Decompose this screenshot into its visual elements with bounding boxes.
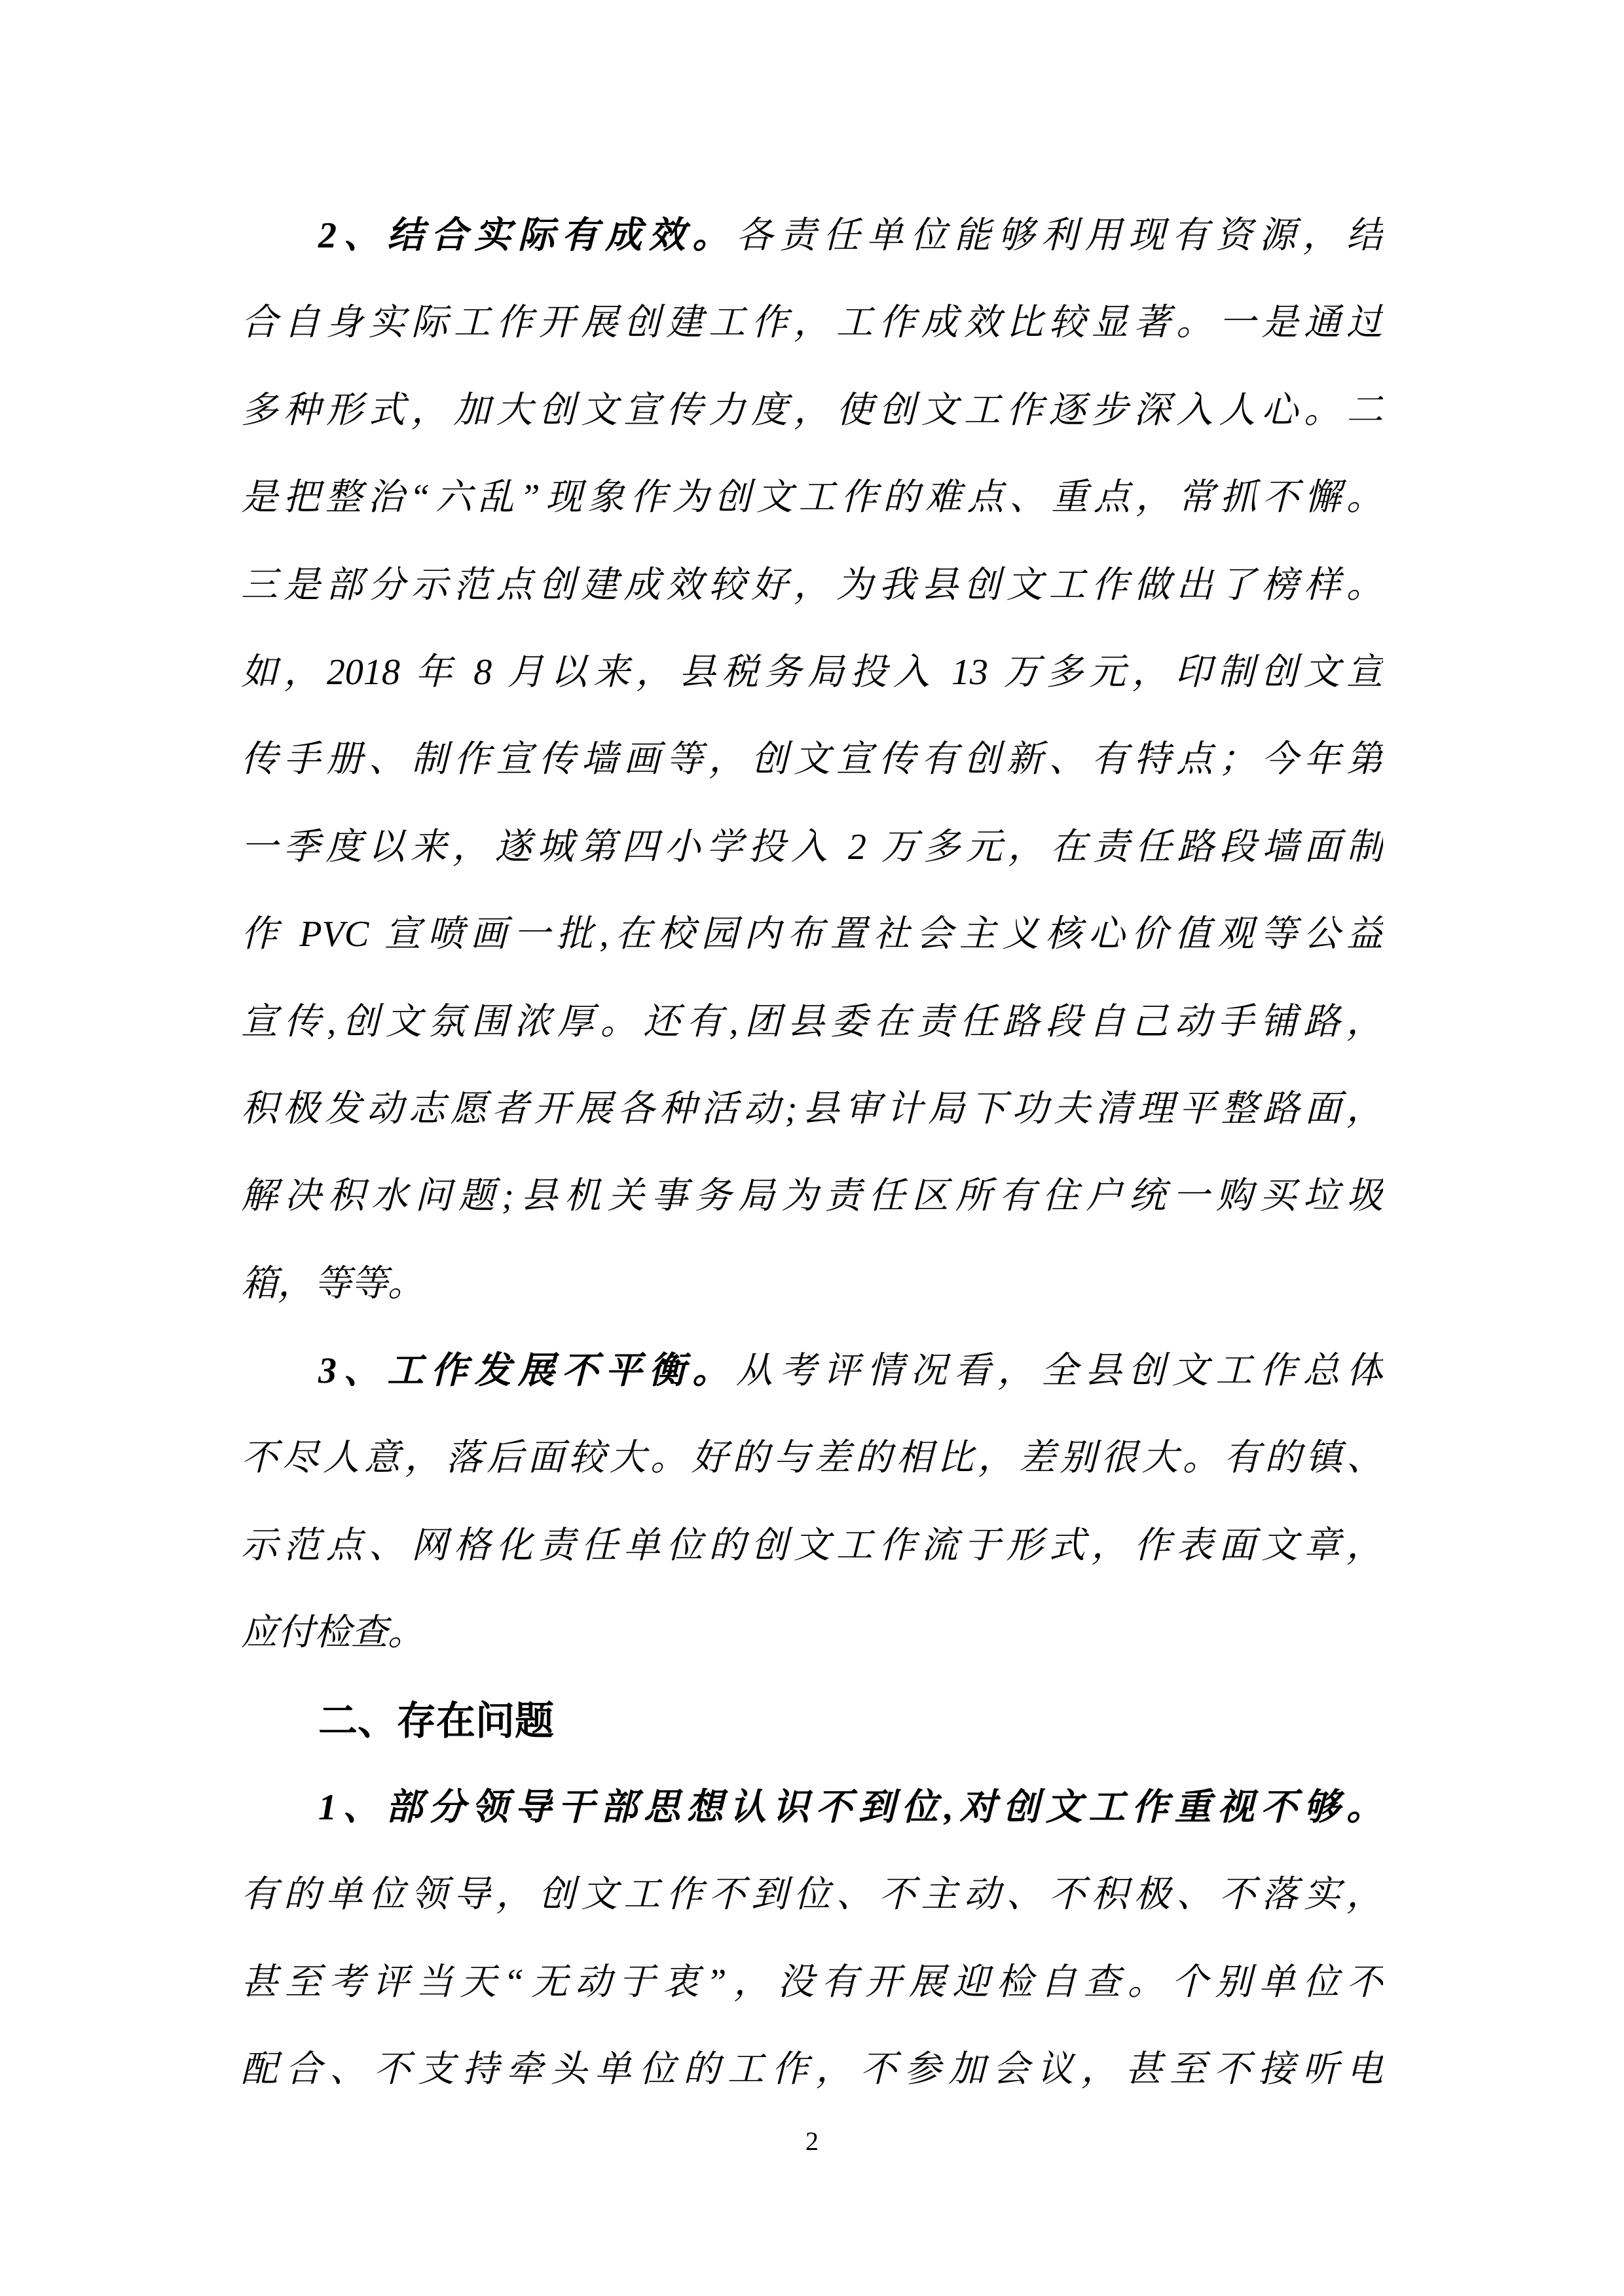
text-line: 应付检查。 (241, 1590, 1383, 1677)
text-segment: 解决积水问题;县机关事务局为责任区所有住户统一购买垃圾 (241, 1176, 1383, 1216)
text-segment: 配合、不支持牵头单位的工作，不参加会议，甚至不接听电 (241, 2049, 1383, 2090)
text-segment: 是把整治“六乱”现象作为创文工作的难点、重点，常抓不懈。 (241, 477, 1383, 518)
page-number: 2 (0, 2126, 1624, 2157)
text-segment: 合自身实际工作开展创建工作，工作成效比较显著。一是通过 (241, 302, 1383, 343)
text-segment: 3、工作发展不平衡。 (318, 1351, 736, 1391)
text-line: 不尽人意，落后面较大。好的与差的相比，差别很大。有的镇、 (241, 1415, 1383, 1502)
text-segment: 多种形式，加大创文宣传力度，使创文工作逐步深入人心。二 (241, 390, 1383, 431)
text-segment: 三是部分示范点创建成效较好，为我县创文工作做出了榜样。 (241, 565, 1383, 606)
document-page: 2、结合实际有成效。各责任单位能够利用现有资源，结合自身实际工作开展创建工作，工… (0, 0, 1624, 2296)
text-segment: 箱，等等。 (241, 1264, 424, 1304)
text-line: 1、部分领导干部思想认识不到位,对创文工作重视不够。 (241, 1764, 1383, 1851)
text-segment: 2、结合实际有成效。 (318, 215, 736, 256)
text-line: 合自身实际工作开展创建工作，工作成效比较显著。一是通过 (241, 280, 1383, 367)
text-segment: 作 PVC 宣喷画一批,在校园内布置社会主义核心价值观等公益 (241, 914, 1383, 955)
text-segment: 从考评情况看，全县创文工作总体 (736, 1351, 1383, 1391)
text-line: 3、工作发展不平衡。从考评情况看，全县创文工作总体 (241, 1328, 1383, 1415)
text-segment: 一季度以来，遂城第四小学投入 2 万多元，在责任路段墙面制 (241, 827, 1383, 867)
text-line: 解决积水问题;县机关事务局为责任区所有住户统一购买垃圾 (241, 1153, 1383, 1240)
text-line: 多种形式，加大创文宣传力度，使创文工作逐步深入人心。二 (241, 367, 1383, 454)
text-segment: 有的单位领导，创文工作不到位、不主动、不积极、不落实， (241, 1874, 1383, 1915)
text-line: 如，2018 年 8 月以来，县税务局投入 13 万多元，印制创文宣 (241, 629, 1383, 716)
document-body: 2、结合实际有成效。各责任单位能够利用现有资源，结合自身实际工作开展创建工作，工… (241, 192, 1383, 2114)
text-line: 三是部分示范点创建成效较好，为我县创文工作做出了榜样。 (241, 542, 1383, 629)
text-segment: 应付检查。 (241, 1613, 424, 1653)
text-line: 示范点、网格化责任单位的创文工作流于形式，作表面文章， (241, 1503, 1383, 1590)
text-line: 传手册、制作宣传墙画等，创文宣传有创新、有特点；今年第 (241, 716, 1383, 803)
text-line: 甚至考评当天“无动于衷”，没有开展迎检自查。个别单位不 (241, 1939, 1383, 2026)
text-line: 积极发动志愿者开展各种活动;县审计局下功夫清理平整路面， (241, 1066, 1383, 1153)
text-segment: 传手册、制作宣传墙画等，创文宣传有创新、有特点；今年第 (241, 739, 1383, 780)
text-line: 作 PVC 宣喷画一批,在校园内布置社会主义核心价值观等公益 (241, 891, 1383, 978)
text-segment: 1、部分领导干部思想认识不到位,对创文工作重视不够。 (318, 1787, 1383, 1828)
text-segment: 不尽人意，落后面较大。好的与差的相比，差别很大。有的镇、 (241, 1438, 1383, 1478)
text-line: 箱，等等。 (241, 1241, 1383, 1328)
text-segment: 如，2018 年 8 月以来，县税务局投入 13 万多元，印制创文宣 (241, 652, 1383, 693)
section-heading: 二、存在问题 (241, 1677, 1383, 1764)
text-line: 宣传,创文氛围浓厚。还有,团县委在责任路段自己动手铺路， (241, 979, 1383, 1066)
text-segment: 积极发动志愿者开展各种活动;县审计局下功夫清理平整路面， (241, 1089, 1383, 1129)
text-segment: 各责任单位能够利用现有资源，结 (736, 215, 1383, 256)
text-segment: 二、存在问题 (318, 1699, 554, 1743)
text-line: 一季度以来，遂城第四小学投入 2 万多元，在责任路段墙面制 (241, 804, 1383, 891)
text-line: 是把整治“六乱”现象作为创文工作的难点、重点，常抓不懈。 (241, 454, 1383, 541)
text-line: 有的单位领导，创文工作不到位、不主动、不积极、不落实， (241, 1851, 1383, 1939)
text-line: 配合、不支持牵头单位的工作，不参加会议，甚至不接听电 (241, 2026, 1383, 2113)
text-line: 2、结合实际有成效。各责任单位能够利用现有资源，结 (241, 192, 1383, 280)
text-segment: 宣传,创文氛围浓厚。还有,团县委在责任路段自己动手铺路， (241, 1002, 1383, 1042)
text-segment: 甚至考评当天“无动于衷”，没有开展迎检自查。个别单位不 (241, 1962, 1383, 2003)
text-segment: 示范点、网格化责任单位的创文工作流于形式，作表面文章， (241, 1525, 1383, 1566)
